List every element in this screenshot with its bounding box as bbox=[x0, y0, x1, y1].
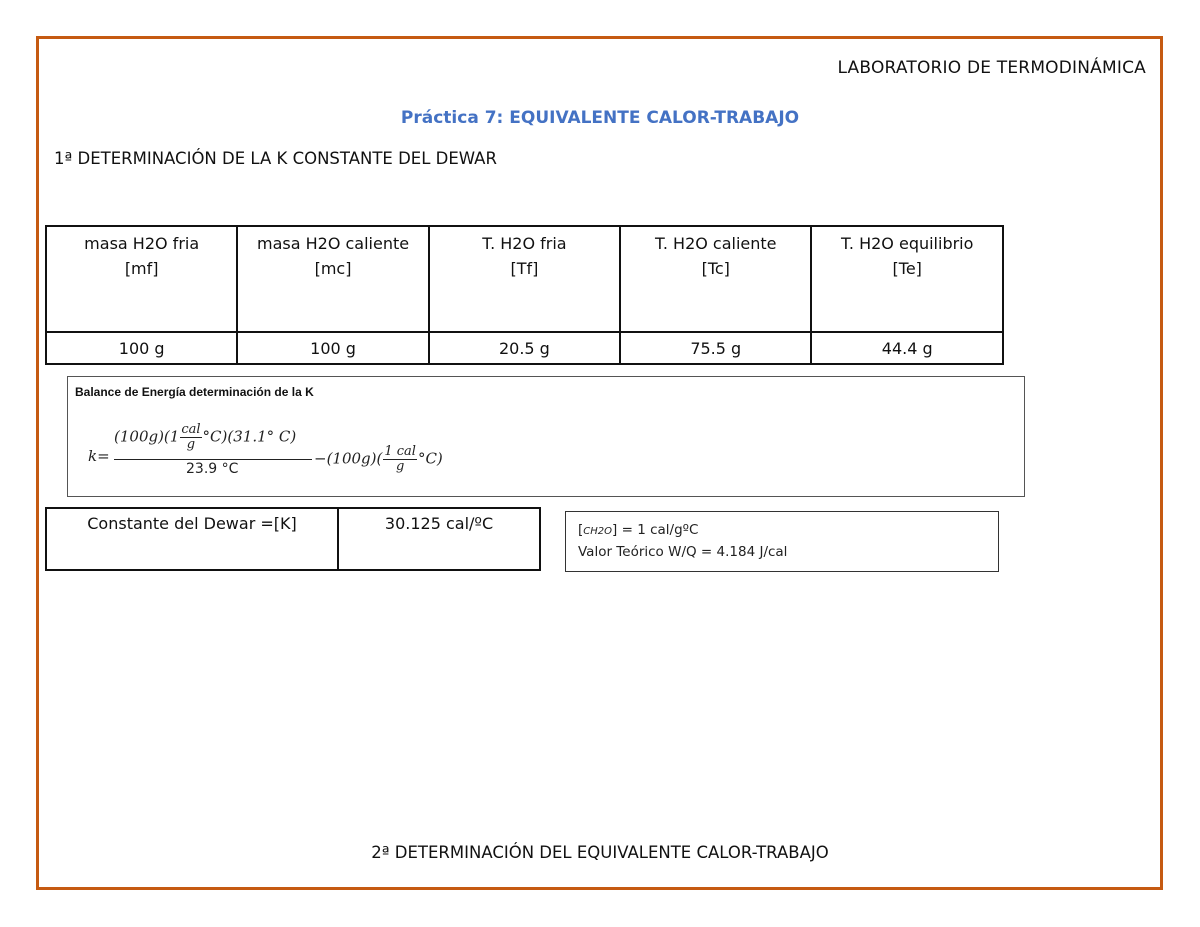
frac-den: g bbox=[383, 460, 417, 474]
energy-balance-title: Balance de Energía determinación de la K bbox=[75, 385, 314, 399]
reference-values-box: [CH2O] = 1 cal/gºC Valor Teórico W/Q = 4… bbox=[565, 511, 999, 572]
tail-part1: −(100g)( bbox=[314, 450, 382, 468]
numerator-part2: °C)(31.1° C) bbox=[203, 428, 297, 446]
cal-per-g-fraction: calg bbox=[180, 423, 201, 452]
theoretical-value-note: Valor Teórico W/Q = 4.184 J/cal bbox=[578, 544, 787, 560]
header-cell-mc: masa H2O caliente[mc] bbox=[237, 226, 428, 332]
column-symbol: [mf] bbox=[47, 256, 236, 281]
lab-header: LABORATORIO DE TERMODINÁMICA bbox=[600, 58, 1146, 78]
column-label: T. H2O equilibrio bbox=[812, 231, 1002, 256]
fraction-bar bbox=[114, 459, 312, 460]
dewar-constant-value: 30.125 cal/ºC bbox=[338, 508, 540, 570]
value-te: 44.4 g bbox=[811, 332, 1003, 364]
practice-title: Práctica 7: EQUIVALENTE CALOR-TRABAJO bbox=[300, 108, 900, 128]
value-mc: 100 g bbox=[237, 332, 428, 364]
specific-heat-symbol: CH2O bbox=[583, 526, 612, 537]
value-tc: 75.5 g bbox=[620, 332, 811, 364]
value-mf: 100 g bbox=[46, 332, 237, 364]
table-header-row: masa H2O fria[mf] masa H2O caliente[mc] … bbox=[46, 226, 1003, 332]
section-1-title: 1ª DETERMINACIÓN DE LA K CONSTANTE DEL D… bbox=[54, 149, 497, 168]
formula-numerator: (100g)(1calg°C)(31.1° C) bbox=[114, 423, 296, 452]
formula-subtraction: −(100g)(1 calg°C) bbox=[314, 445, 443, 474]
table-row: 100 g 100 g 20.5 g 75.5 g 44.4 g bbox=[46, 332, 1003, 364]
measurements-table: masa H2O fria[mf] masa H2O caliente[mc] … bbox=[45, 225, 1004, 365]
energy-balance-box: Balance de Energía determinación de la K… bbox=[67, 376, 1025, 497]
one-cal-per-g-fraction: 1 calg bbox=[383, 445, 417, 474]
numerator-part1: (100g)(1 bbox=[114, 428, 179, 446]
column-label: T. H2O caliente bbox=[621, 231, 810, 256]
formula-lhs: k= bbox=[88, 447, 110, 465]
value-tf: 20.5 g bbox=[429, 332, 620, 364]
dewar-constant-label: Constante del Dewar =[K] bbox=[46, 508, 338, 570]
column-symbol: [Te] bbox=[812, 256, 1002, 281]
specific-heat-value: ] = 1 cal/gºC bbox=[612, 522, 698, 538]
column-label: masa H2O caliente bbox=[238, 231, 427, 256]
header-cell-mf: masa H2O fria[mf] bbox=[46, 226, 237, 332]
section-2-title: 2ª DETERMINACIÓN DEL EQUIVALENTE CALOR-T… bbox=[200, 843, 1000, 862]
formula-denominator: 23.9 °C bbox=[186, 461, 238, 477]
column-label: masa H2O fria bbox=[47, 231, 236, 256]
tail-part2: °C) bbox=[418, 450, 443, 468]
table-row: Constante del Dewar =[K] 30.125 cal/ºC bbox=[46, 508, 540, 570]
frac-den: g bbox=[180, 438, 201, 452]
frac-num: cal bbox=[180, 423, 201, 438]
header-cell-tf: T. H2O fria[Tf] bbox=[429, 226, 620, 332]
column-label: T. H2O fria bbox=[430, 231, 619, 256]
column-symbol: [Tf] bbox=[430, 256, 619, 281]
column-symbol: [Tc] bbox=[621, 256, 810, 281]
header-cell-te: T. H2O equilibrio[Te] bbox=[811, 226, 1003, 332]
column-symbol: [mc] bbox=[238, 256, 427, 281]
frac-num: 1 cal bbox=[383, 445, 417, 460]
dewar-constant-table: Constante del Dewar =[K] 30.125 cal/ºC bbox=[45, 507, 541, 571]
specific-heat-note: [CH2O] = 1 cal/gºC bbox=[578, 522, 698, 538]
header-cell-tc: T. H2O caliente[Tc] bbox=[620, 226, 811, 332]
